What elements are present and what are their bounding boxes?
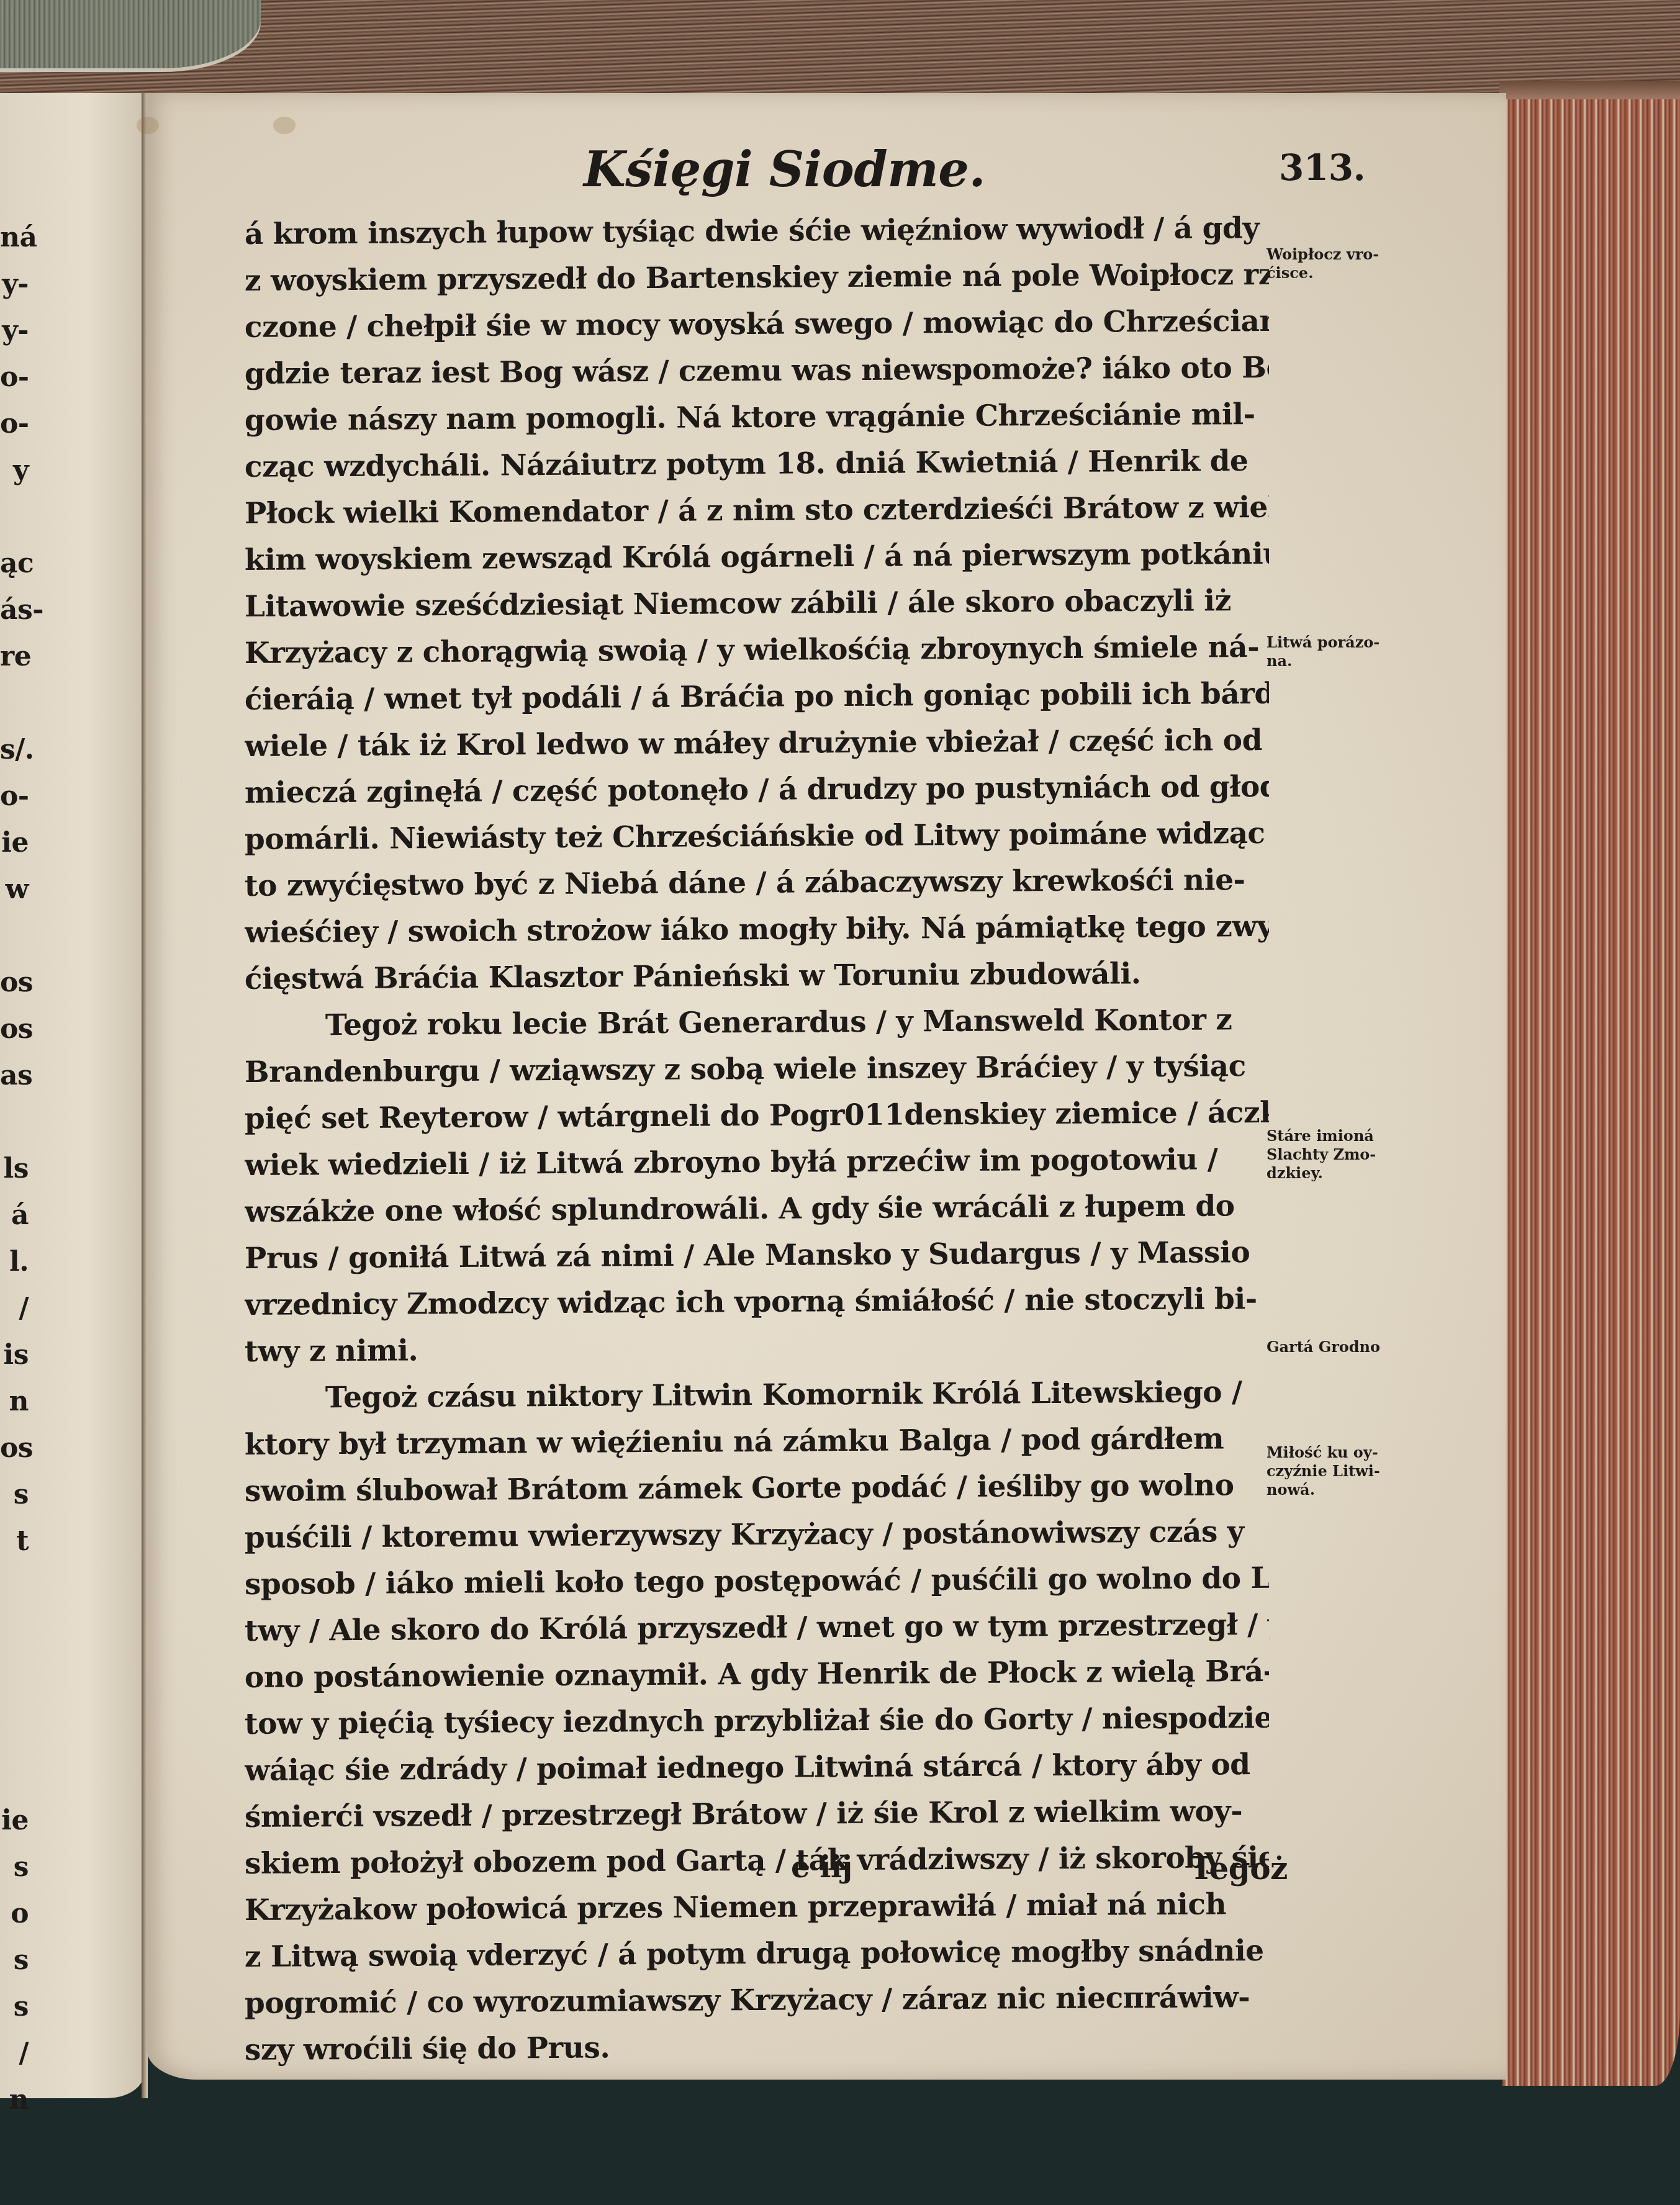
left-page-fragment: s/. [0,726,56,773]
left-page-fragment: ie [0,819,56,866]
left-page-fragment: s [0,1471,56,1518]
book-headband [0,0,261,68]
margin-note: Gartá Grodno [1267,1338,1391,1356]
text-line: szy wroćili śię do Prus. [245,2021,1269,2073]
text-line: Tegoż roku lecie Brát Generardus / y Man… [245,996,1269,1049]
page-stain [137,117,159,134]
left-page-fragment: w [0,866,56,913]
left-page-fragment: os [0,1425,56,1471]
page-number: 313. [1279,147,1365,189]
text-line: ćieráią / wnet tył podáli / á Bráćia po … [245,670,1269,723]
left-page-fragment: t [0,1518,56,1564]
left-page-fragment: s [0,1844,56,1890]
left-page-fragment: ąc [0,540,56,587]
left-page-fragment: is [0,1332,56,1378]
left-page-fragment [0,913,56,959]
text-line: gdzie teraz iest Bog wász / czemu was ni… [245,345,1269,397]
text-line: Litawowie sześćdziesiąt Niemcow zábili /… [245,577,1269,630]
left-page-fragment [0,1611,56,1657]
left-page-fragment: os [0,959,56,1006]
signature-mark: e iij [791,1850,852,1885]
text-line: sposob / iáko mieli koło tego postępowáć… [245,1555,1269,1608]
text-line: wáiąc śie zdrády / poimał iednego Litwin… [245,1741,1269,1794]
margin-note: Stáre imionáSlachty Zmo-dzkiey. [1267,1127,1391,1183]
left-page-fragment: s [0,1983,56,2030]
text-line: to zwyćięstwo być z Niebá dáne / á zábac… [245,857,1269,909]
text-line: wiek wiedzieli / iż Litwá zbroyno byłá p… [245,1136,1269,1189]
left-page-fragment: o- [0,773,56,819]
margin-note: Litwá porázo-na. [1267,633,1391,670]
text-line: Krzyżacy z chorągwią swoią / y wielkośći… [245,624,1269,677]
text-line: gowie nászy nam pomogli. Ná ktore vrągán… [245,391,1269,444]
left-page-fragment: y- [0,261,56,307]
page-footer: e iij Tegoż [245,1850,1288,1900]
left-page-fragment: as [0,1052,56,1099]
text-line: kim woyskiem zewsząd Królá ogárneli / á … [245,531,1269,584]
left-page-fragment: o [0,1890,56,1937]
text-line: á krom inszych łupow tyśiąc dwie śćie wi… [245,205,1269,258]
left-page-fragment: y- [0,307,56,354]
left-page-fragment: o- [0,400,56,447]
text-line: mieczá zginęłá / część potonęło / á drud… [245,764,1269,816]
text-line: swoim ślubował Brátom zámek Gorte podáć … [245,1462,1269,1515]
left-page-fragment [0,1099,56,1145]
text-line: ono postánowienie oznaymił. A gdy Henrik… [245,1648,1269,1701]
left-page-fragment: / [0,2030,56,2076]
left-page-text-fragments: náy-y-o-o-yącás-res/.o-iewososaslsál./is… [0,214,56,2123]
text-line: Tegoż czásu niktory Litwin Komornik Król… [245,1369,1269,1422]
left-page-fragment [0,1564,56,1611]
left-page-fragment: á [0,1192,56,1238]
left-page-fragment [0,494,56,540]
text-line: vrzednicy Zmodzcy widząc ich vporną śmiá… [245,1276,1269,1328]
left-page-fragment [0,1657,56,1704]
left-page-fragment: re [0,633,56,680]
text-line: wieśćiey / swoich strożow iáko mogły bił… [245,903,1269,956]
body-text: á krom inszych łupow tyśiąc dwie śćie wi… [245,211,1269,2073]
left-page-fragment: ná [0,214,56,261]
left-page-fragment: o- [0,354,56,400]
text-line: wiele / ták iż Krol ledwo w máłey drużyn… [245,717,1269,770]
text-line: śmierći vszedł / przestrzegł Brátow / iż… [245,1788,1269,1841]
left-page-fragment: s [0,1937,56,1983]
left-page-fragment: ás- [0,587,56,633]
text-line: wszákże one włość splundrowáli. A gdy śi… [245,1183,1269,1235]
text-line: cząc wzdycháli. Názáiutrz potym 18. dniá… [245,438,1269,490]
catchword: Tegoż [1190,1850,1288,1887]
left-page-fragment [0,680,56,726]
text-line: Prus / goniłá Litwá zá nimi / Ale Mansko… [245,1229,1269,1282]
left-page-fragment: ls [0,1145,56,1192]
text-line: Brandenburgu / wziąwszy z sobą wiele ins… [245,1043,1269,1096]
left-page-fragment [0,1704,56,1751]
left-page-fragment: y [0,447,56,494]
left-page-fragment [0,1751,56,1797]
fore-edge [1502,81,1680,2086]
text-line: tow y pięćią tyśiecy iezdnych przybliżał… [245,1695,1269,1747]
text-line: pogromić / co wyrozumiawszy Krzyżacy / z… [245,1974,1269,2027]
left-page-fragment: l. [0,1238,56,1285]
text-line: pomárli. Niewiásty też Chrześciáńskie od… [245,810,1269,863]
text-line: z Litwą swoią vderzyć / á potym drugą po… [245,1928,1269,1980]
margin-note: Miłość ku oy-czyźnie Litwi-nowá. [1267,1443,1391,1499]
text-line: ćięstwá Bráćia Klasztor Pánieński w Toru… [245,950,1269,1003]
text-line: twy z nimi. [245,1322,1269,1375]
text-line: z woyskiem przyszedł do Bartenskiey ziem… [245,251,1269,304]
text-line: czone / chełpił śie w mocy woyská swego … [245,298,1269,351]
left-page-fragment: / [0,1285,56,1332]
text-line: puśćili / ktoremu vwierzywszy Krzyżacy /… [245,1508,1269,1561]
page-stain [273,117,296,134]
text-line: pięć set Reyterow / wtárgneli do Pogr011… [245,1089,1269,1142]
margin-note: Woipłocz vro-ćisce. [1267,245,1391,282]
left-page-fragment: n [0,1378,56,1425]
fore-edge-top [1499,81,1680,99]
text-line: Płock wielki Komendator / á z nim sto cz… [245,484,1269,537]
left-page-fragment: os [0,1006,56,1052]
text-line: twy / Ale skoro do Królá przyszedł / wne… [245,1602,1269,1654]
left-page-fragment: ie [0,1797,56,1844]
running-head: Kśięgi Siodme. [584,142,985,198]
left-page-fragment: n [0,2076,56,2123]
text-line: ktory był trzyman w więźieniu ná zámku B… [245,1415,1269,1468]
